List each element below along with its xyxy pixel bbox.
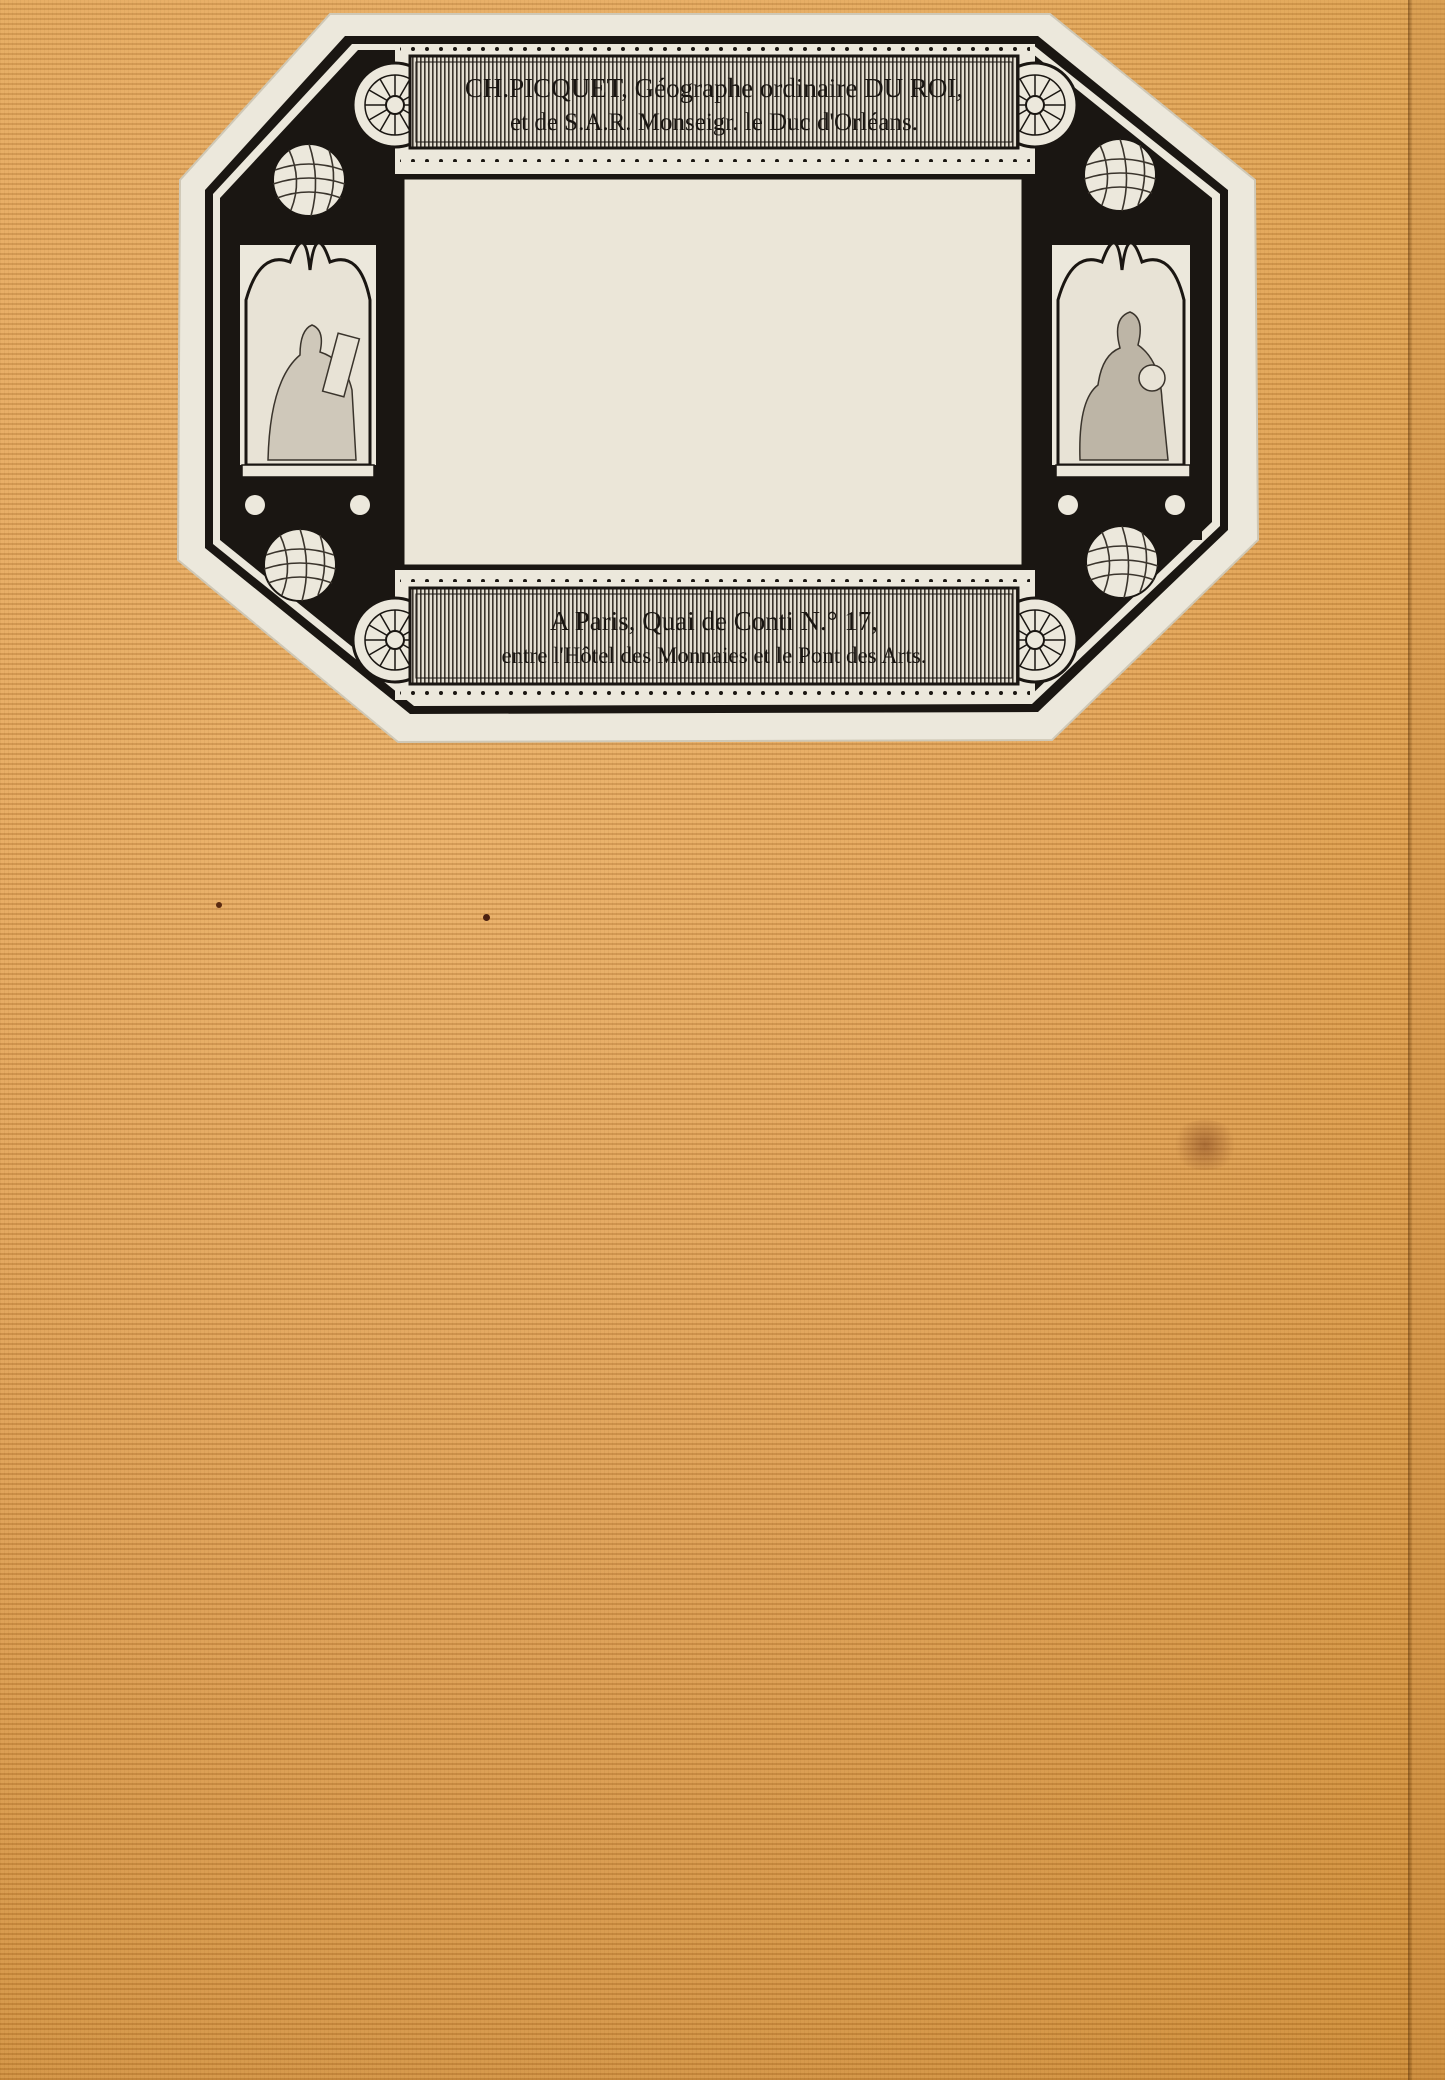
globe-icon [1084, 139, 1156, 211]
location-line: entre l'Hôtel des Monnaies et le Pont de… [501, 643, 926, 668]
ink-spot [483, 914, 490, 921]
address-line: A Paris, Quai de Conti N.° 17, [550, 606, 878, 636]
fabric-stain [1170, 1120, 1240, 1170]
bottom-cartouche: A Paris, Quai de Conti N.° 17, entre l'H… [410, 588, 1018, 684]
globe-icon [264, 529, 336, 601]
center-blank-panel [403, 178, 1023, 566]
globe-icon [273, 144, 345, 216]
publisher-name-line: CH.PICQUET, Géographe ordinaire DU ROI, [465, 73, 963, 103]
top-cartouche: CH.PICQUET, Géographe ordinaire DU ROI, … [410, 56, 1018, 148]
left-ornament-column [228, 144, 388, 601]
publisher-label: CH.PICQUET, Géographe ordinaire DU ROI, … [0, 0, 1445, 760]
globe-icon [1086, 526, 1158, 598]
patron-line: et de S.A.R. Monseigr. le Duc d'Orléans. [510, 109, 918, 136]
ink-spot [216, 902, 222, 908]
